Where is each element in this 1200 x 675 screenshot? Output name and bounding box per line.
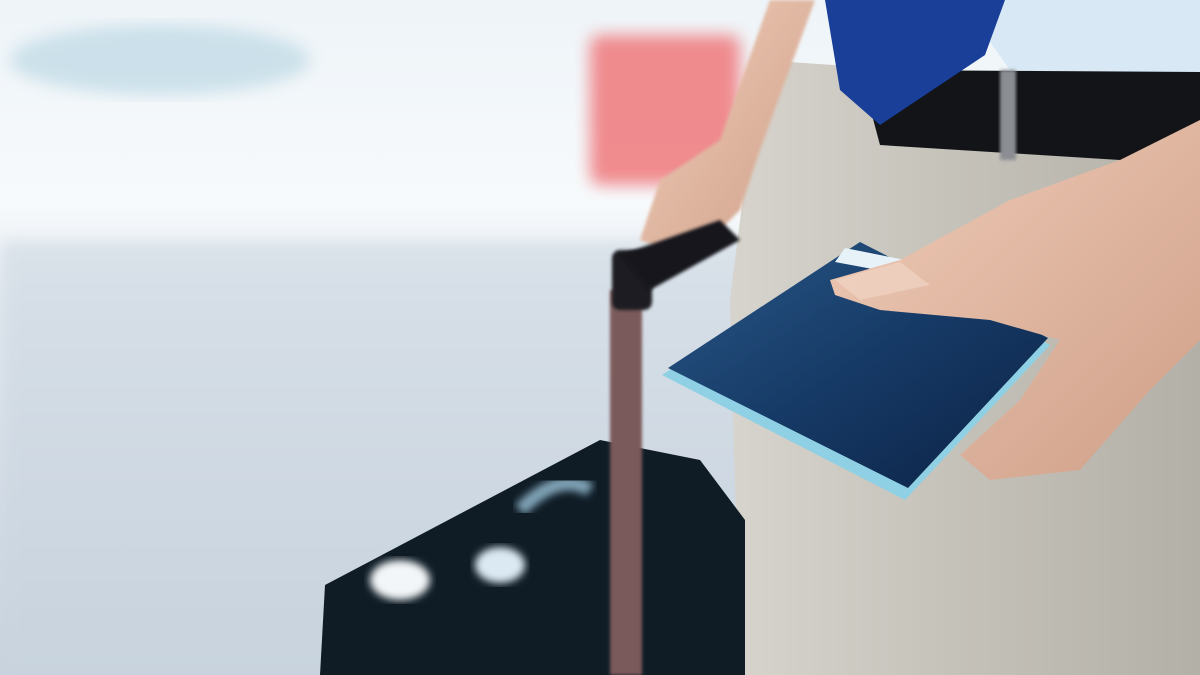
photo-illustration: [0, 0, 1200, 675]
photo-scene: Traveler in light trousers and blue shir…: [0, 0, 1200, 675]
luggage-handle: [610, 290, 642, 675]
